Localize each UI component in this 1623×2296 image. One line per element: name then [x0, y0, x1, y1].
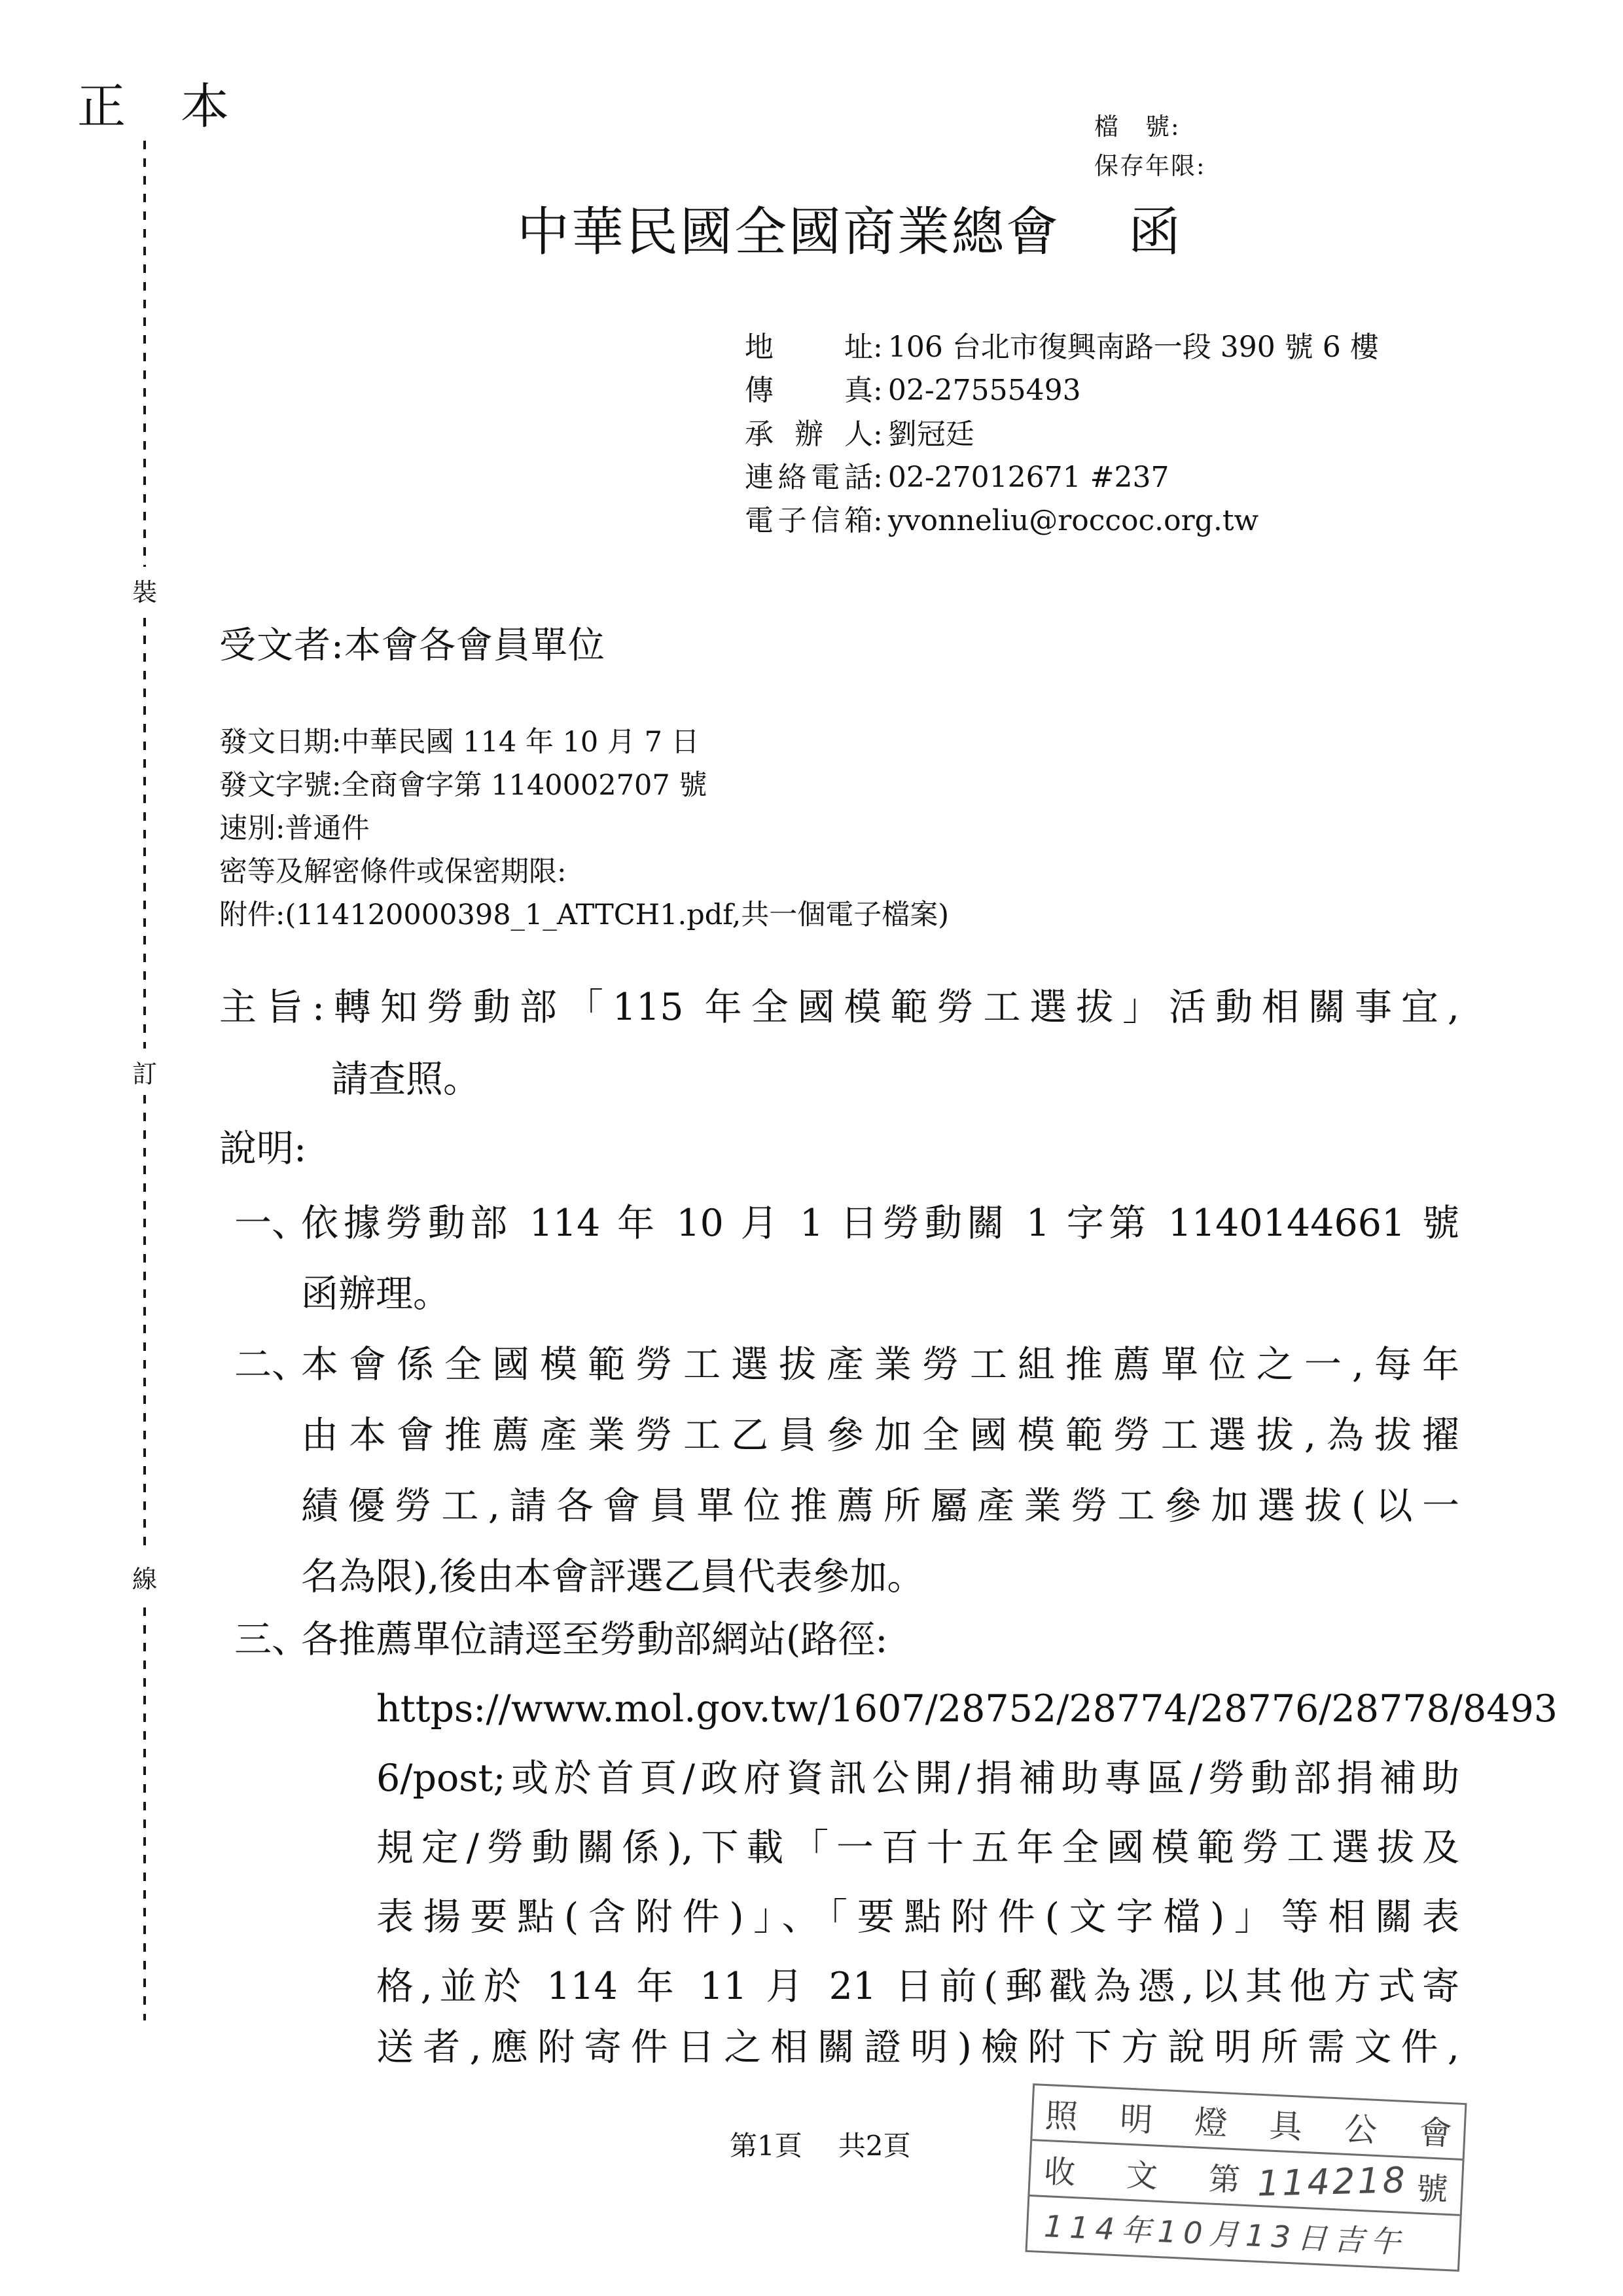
meta-issue-date: 發文日期:中華民國 114 年 10 月 7 日	[219, 720, 700, 760]
contact-label: 傳真	[745, 367, 873, 408]
contact-value: 02-27555493	[888, 374, 1081, 407]
file-no-label: 檔 號:	[1094, 107, 1180, 142]
retention-label: 保存年限:	[1094, 146, 1205, 181]
subject-line-1: 主旨:轉知勞動部「115 年全國模範勞工選拔」活動相關事宜,	[219, 984, 1459, 1031]
page-current: 第1頁	[730, 2125, 802, 2164]
contact-row-handler: 承辦人:劉冠廷	[745, 410, 974, 452]
binding-char-xian: 線	[129, 1554, 160, 1600]
meta-doc-number: 發文字號:全商會字第 1140002707 號	[219, 763, 707, 803]
binding-char-zhuang: 裝	[129, 567, 160, 613]
contact-colon: :	[873, 418, 883, 451]
doc-type-label: 函	[1128, 190, 1181, 265]
contact-label: 電子信箱	[745, 497, 873, 539]
item-2-line: 績優勞工,請各會員單位推薦所屬產業勞工參加選拔(以一	[301, 1482, 1459, 1530]
document-title: 中華民國全國商業總會 函	[517, 190, 1181, 265]
contact-label: 地址	[745, 323, 873, 365]
item-1-number: 一、	[234, 1200, 309, 1247]
contact-row-address: 地址:106 台北市復興南路一段 390 號 6 樓	[745, 323, 1379, 365]
contact-row-fax: 傳真:02-27555493	[745, 367, 1081, 408]
meta-priority: 速別:普通件	[219, 806, 370, 846]
copy-type-label: 正本	[77, 68, 284, 137]
contact-value: 劉冠廷	[888, 410, 974, 452]
item-3-line: 6/post;或於首頁/政府資訊公開/捐補助專區/勞動部捐補助	[376, 1755, 1459, 1803]
item-2-line: 由本會推薦產業勞工乙員參加全國模範勞工選拔,為拔擢	[301, 1412, 1459, 1460]
subject-line-2: 請查照。	[331, 1056, 480, 1103]
contact-value: 02-27012671 #237	[888, 461, 1169, 494]
contact-colon: :	[873, 374, 883, 407]
item-2-line: 本會係全國模範勞工選拔產業勞工組推薦單位之一,每年	[301, 1341, 1459, 1389]
contact-label: 承辦人	[745, 410, 873, 452]
page-total: 共2頁	[838, 2125, 911, 2164]
item-3-line: 各推薦單位請逕至勞動部網站(路徑:	[301, 1616, 887, 1664]
contact-label: 連絡電話	[745, 454, 873, 495]
contact-colon: :	[873, 331, 883, 364]
item-3-line: 格,並於 114 年 11 月 21 日前(郵戳為憑,以其他方式寄	[376, 1963, 1459, 2011]
item-2-line: 名為限),後由本會評選乙員代表參加。	[301, 1553, 924, 1601]
contact-value: yvonneliu@roccoc.org.tw	[888, 504, 1258, 537]
binding-char-ding: 訂	[129, 1049, 160, 1095]
contact-row-email: 電子信箱:yvonneliu@roccoc.org.tw	[745, 497, 1258, 539]
contact-colon: :	[873, 461, 883, 494]
item-3-line: 送者,應附寄件日之相關證明)檢附下方說明所需文件,	[376, 2024, 1459, 2072]
contact-colon: :	[873, 504, 883, 537]
meta-security: 密等及解密條件或保密期限:	[219, 850, 567, 889]
contact-row-phone: 連絡電話:02-27012671 #237	[745, 454, 1169, 495]
item-1-line: 函辦理。	[301, 1270, 450, 1318]
item-3-line: 規定/勞動關係),下載「一百十五年全國模範勞工選拔及	[376, 1824, 1459, 1872]
stamp-receipt-number: 114218	[1257, 2159, 1408, 2204]
item-3-line: 表揚要點(含附件)」、「要點附件(文字檔)」等相關表	[376, 1893, 1459, 1941]
org-name: 中華民國全國商業總會	[517, 190, 1060, 265]
scanned-letter-page: 正本 檔 號: 保存年限: 中華民國全國商業總會 函 地址:106 台北市復興南…	[0, 0, 1623, 2296]
page-indicator: 第1頁 共2頁	[730, 2125, 910, 2164]
item-1-line: 依據勞動部 114 年 10 月 1 日勞動關 1 字第 1140144661 …	[301, 1200, 1459, 1247]
recipient-line: 受文者:本會各會員單位	[219, 617, 605, 669]
meta-attachment: 附件:(114120000398_1_ATTCH1.pdf,共一個電子檔案)	[219, 893, 949, 933]
item-3-number: 三、	[234, 1616, 309, 1664]
stamp-receipt-label: 收文第	[1043, 2146, 1241, 2200]
stamp-date: 114年10月13日吉午	[1043, 2202, 1408, 2262]
receiving-stamp: 照明燈具公會 收文第 114218 號 114年10月13日吉午	[1025, 2083, 1467, 2272]
contact-value: 106 台北市復興南路一段 390 號 6 樓	[888, 323, 1379, 365]
stamp-number-suffix: 號	[1416, 2162, 1449, 2209]
explanation-heading: 說明:	[219, 1125, 306, 1173]
item-2-number: 二、	[234, 1341, 309, 1389]
item-3-url-line: https://www.mol.gov.tw/1607/28752/28774/…	[376, 1685, 1558, 1733]
